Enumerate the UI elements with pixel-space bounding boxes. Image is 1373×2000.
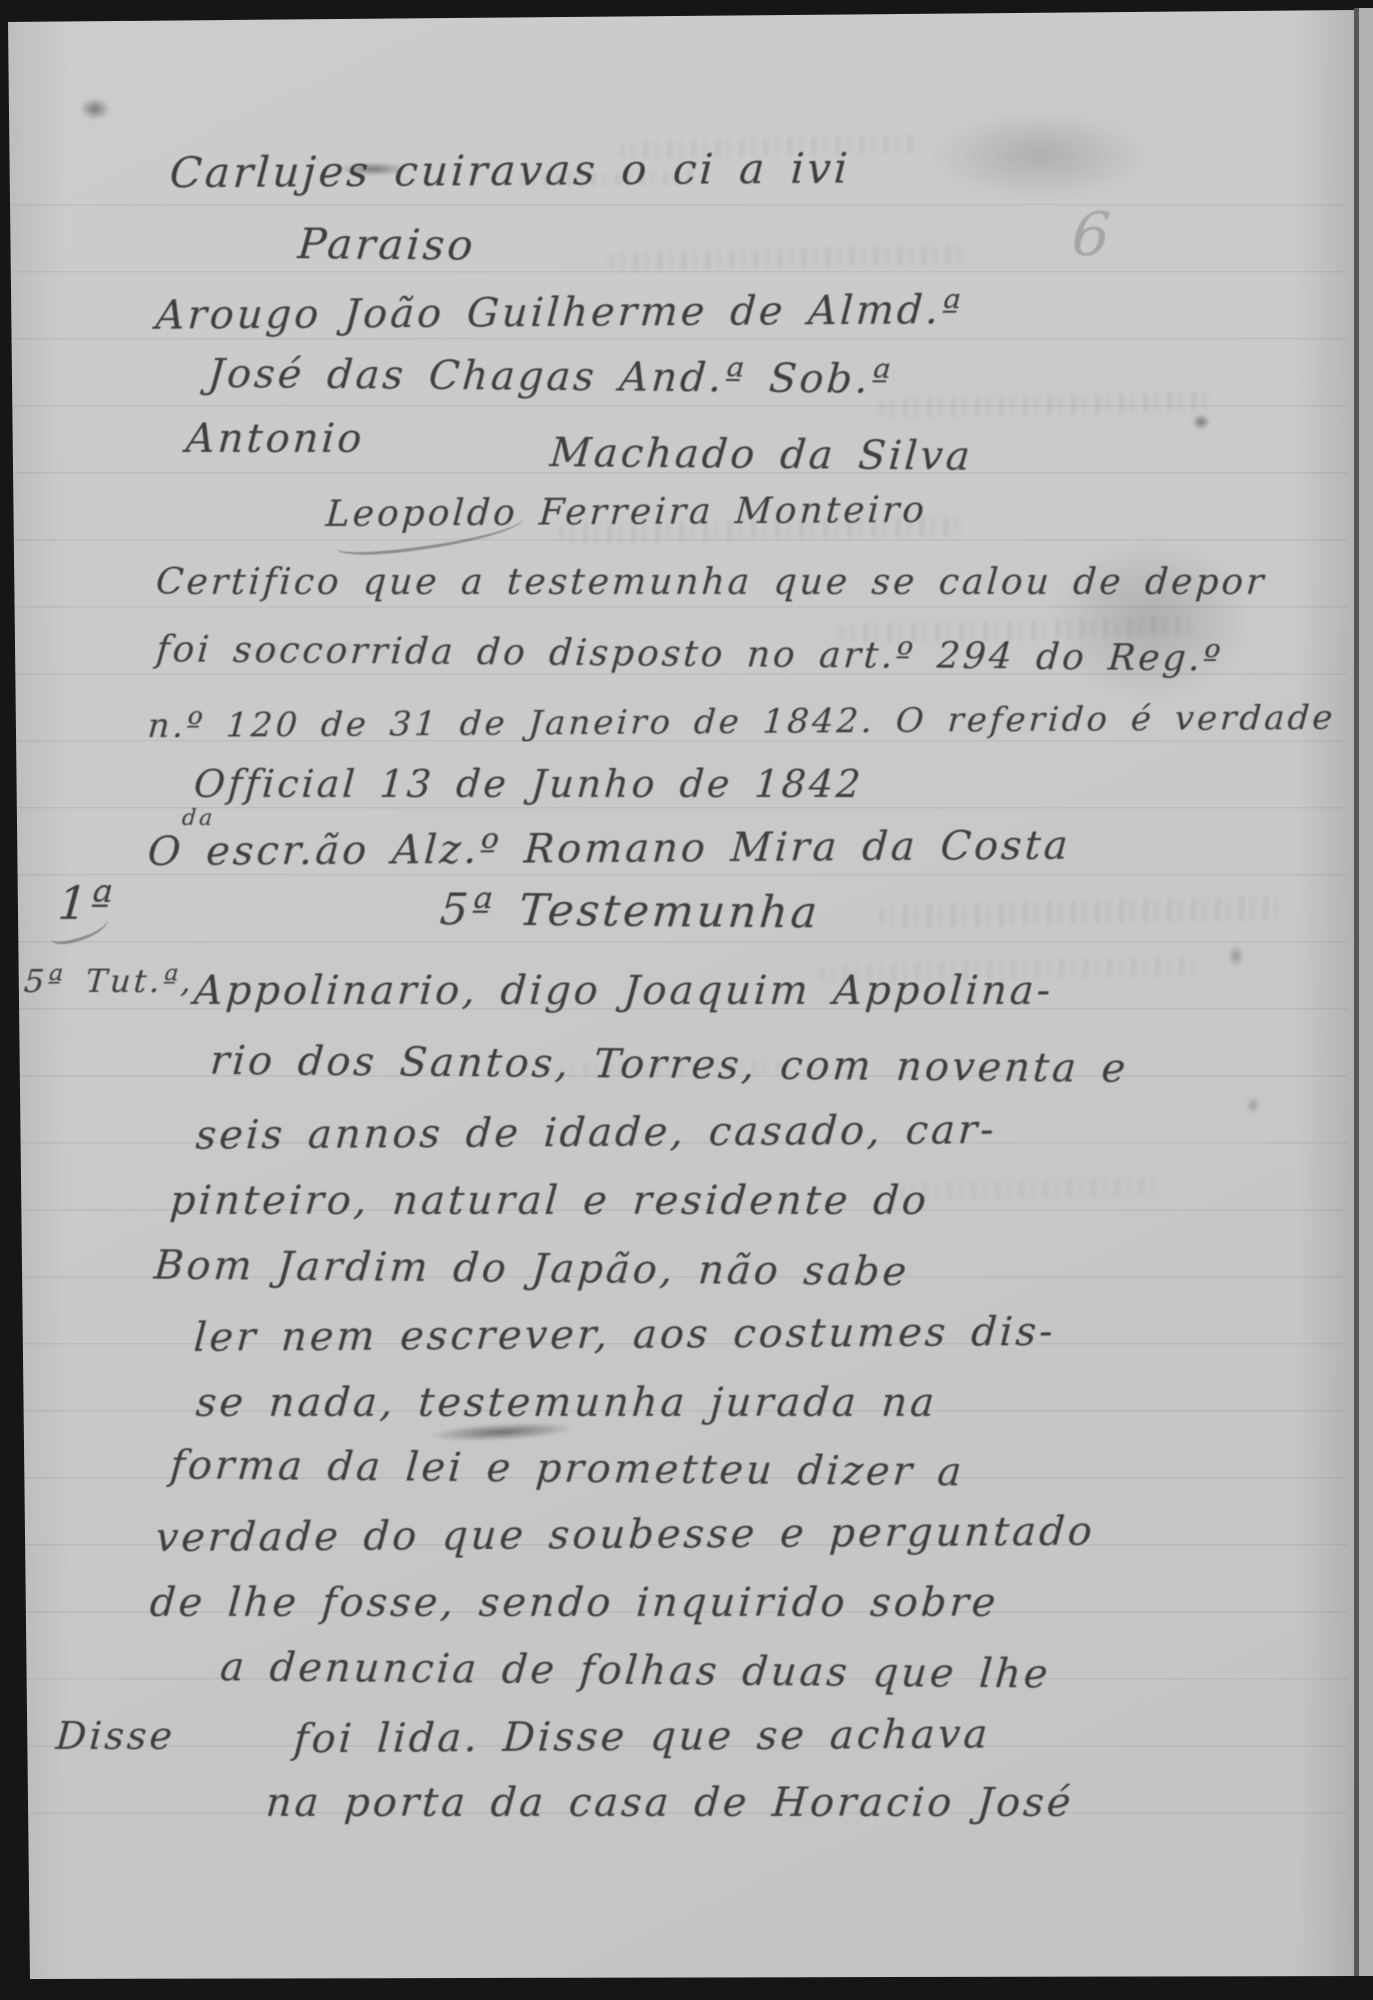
manuscript-line: Certifico que a testemunha que se calou … <box>155 562 1268 603</box>
manuscript-line: Antonio <box>184 416 366 462</box>
ink-smudge <box>1228 944 1244 968</box>
manuscript-line: Carlujes cuiravas o ci a ivi <box>168 144 852 198</box>
manuscript-line: verdade do que soubesse e perguntado <box>154 1509 1096 1562</box>
ink-smudge <box>80 98 110 120</box>
section-heading-5th-witness: 5ª Testemunha <box>438 884 822 938</box>
scanned-manuscript-photo: 6 1ª 5ª Testemunha 5ª Tut.ª, Disse da Ca… <box>0 0 1373 2000</box>
manuscript-line: se nada, testemunha jurada na <box>194 1380 938 1426</box>
signature-superscript: da <box>181 806 216 831</box>
manuscript-line signature-line: O escr.ão Alz.º Romano Mira da Costa <box>146 823 1072 875</box>
adjacent-page-strip <box>1354 8 1373 1976</box>
manuscript-line: Official 13 de Junho de 1842 <box>192 762 864 806</box>
manuscript-line: na porta da casa de Horacio José <box>264 1780 1075 1826</box>
manuscript-line: forma da lei e prometteu dizer a <box>168 1443 966 1496</box>
manuscript-line: Leopoldo Ferreira Monteiro <box>325 490 929 535</box>
manuscript-line: Appolinario, digo Joaquim Appolina- <box>192 968 1054 1014</box>
ink-smudge <box>1192 414 1210 430</box>
manuscript-line: Paraiso <box>296 219 478 270</box>
manuscript-line: a denuncia de folhas duas que lhe <box>218 1644 1052 1697</box>
margin-note-disse: Disse <box>54 1714 176 1758</box>
ink-smudge <box>1246 1096 1260 1114</box>
manuscript-line: de lhe fosse, sendo inquirido sobre <box>148 1580 1000 1626</box>
manuscript-line: foi lida. Disse que se achava <box>292 1712 991 1763</box>
shadow-haze <box>930 110 1150 200</box>
manuscript-line: Bom Jardim do Japão, não sabe <box>152 1243 911 1296</box>
manuscript-line: ler nem escrever, aos costumes dis- <box>192 1309 1057 1361</box>
page-number: 6 <box>1070 200 1116 270</box>
manuscript-line: José das Chagas And.ª Sob.ª <box>206 351 894 403</box>
crease-shading <box>1296 10 1354 1976</box>
margin-note-testemunha: 5ª Tut.ª, <box>23 962 196 1000</box>
manuscript-line: n.º 120 de 31 de Janeiro de 1842. O refe… <box>146 698 1336 746</box>
manuscript-line: Arougo João Guilherme de Almd.ª <box>154 287 964 339</box>
manuscript-line: rio dos Santos, Torres, com noventa e <box>208 1038 1130 1092</box>
margin-note-numero: 1ª <box>56 876 117 930</box>
left-edge-shading <box>8 22 68 1978</box>
manuscript-line: Machado da Silva <box>548 430 974 480</box>
manuscript-line: pinteiro, natural e residente do <box>168 1178 930 1224</box>
manuscript-line: seis annos de idade, casado, car- <box>194 1107 998 1159</box>
